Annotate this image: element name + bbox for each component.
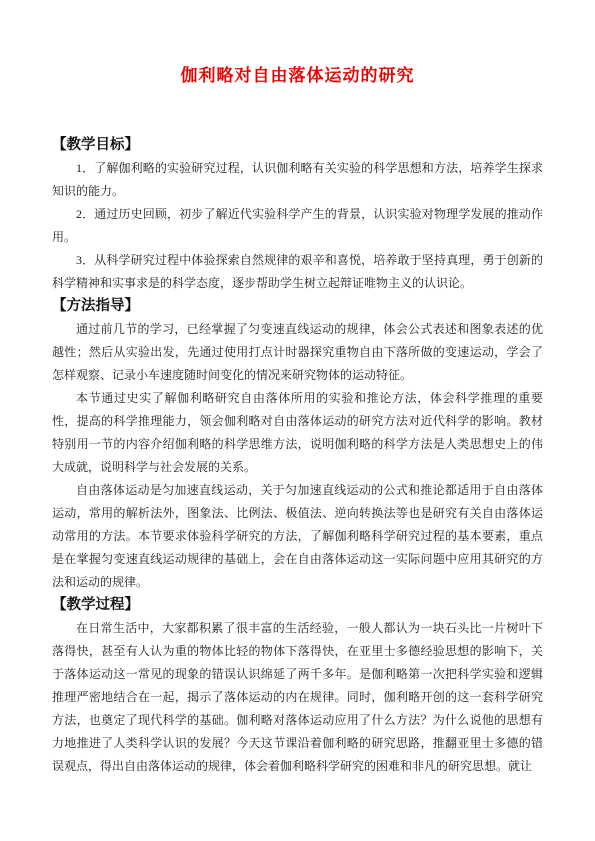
document-page: 伽利略对自由落体运动的研究 【教学目标】1．了解伽利略的实验研究过程，认识伽利略… (0, 0, 595, 841)
paragraph: 自由落体运动是匀加速直线运动，关于匀加速直线运动的公式和推论都适用于自由落体运动… (52, 479, 543, 594)
paragraph: 本节通过史实了解伽利略研究自由落体所用的实验和推论方法，体会科学推理的重要性，提… (52, 387, 543, 479)
document-body: 【教学目标】1．了解伽利略的实验研究过程，认识伽利略有关实验的科学思想和方法，培… (52, 134, 543, 778)
paragraph: 在日常生活中，大家都积累了很丰富的生活经验，一般人都认为一块石头比一片树叶下落得… (52, 617, 543, 778)
paragraph: 2．通过历史回顾，初步了解近代实验科学产生的背景，认识实验对物理学发展的推动作用… (52, 203, 543, 249)
paragraph: 1．了解伽利略的实验研究过程，认识伽利略有关实验的科学思想和方法，培养学生探求知… (52, 157, 543, 203)
paragraph: 3．从科学研究过程中体验探索自然规律的艰辛和喜悦，培养敢于坚持真理，勇于创新的科… (52, 249, 543, 295)
section-heading: 【方法指导】 (52, 295, 543, 318)
section-heading: 【教学目标】 (52, 134, 543, 157)
paragraph: 通过前几节的学习，已经掌握了匀变速直线运动的规律，体会公式表述和图象表述的优越性… (52, 318, 543, 387)
section-heading: 【教学过程】 (52, 594, 543, 617)
document-title: 伽利略对自由落体运动的研究 (52, 64, 543, 88)
